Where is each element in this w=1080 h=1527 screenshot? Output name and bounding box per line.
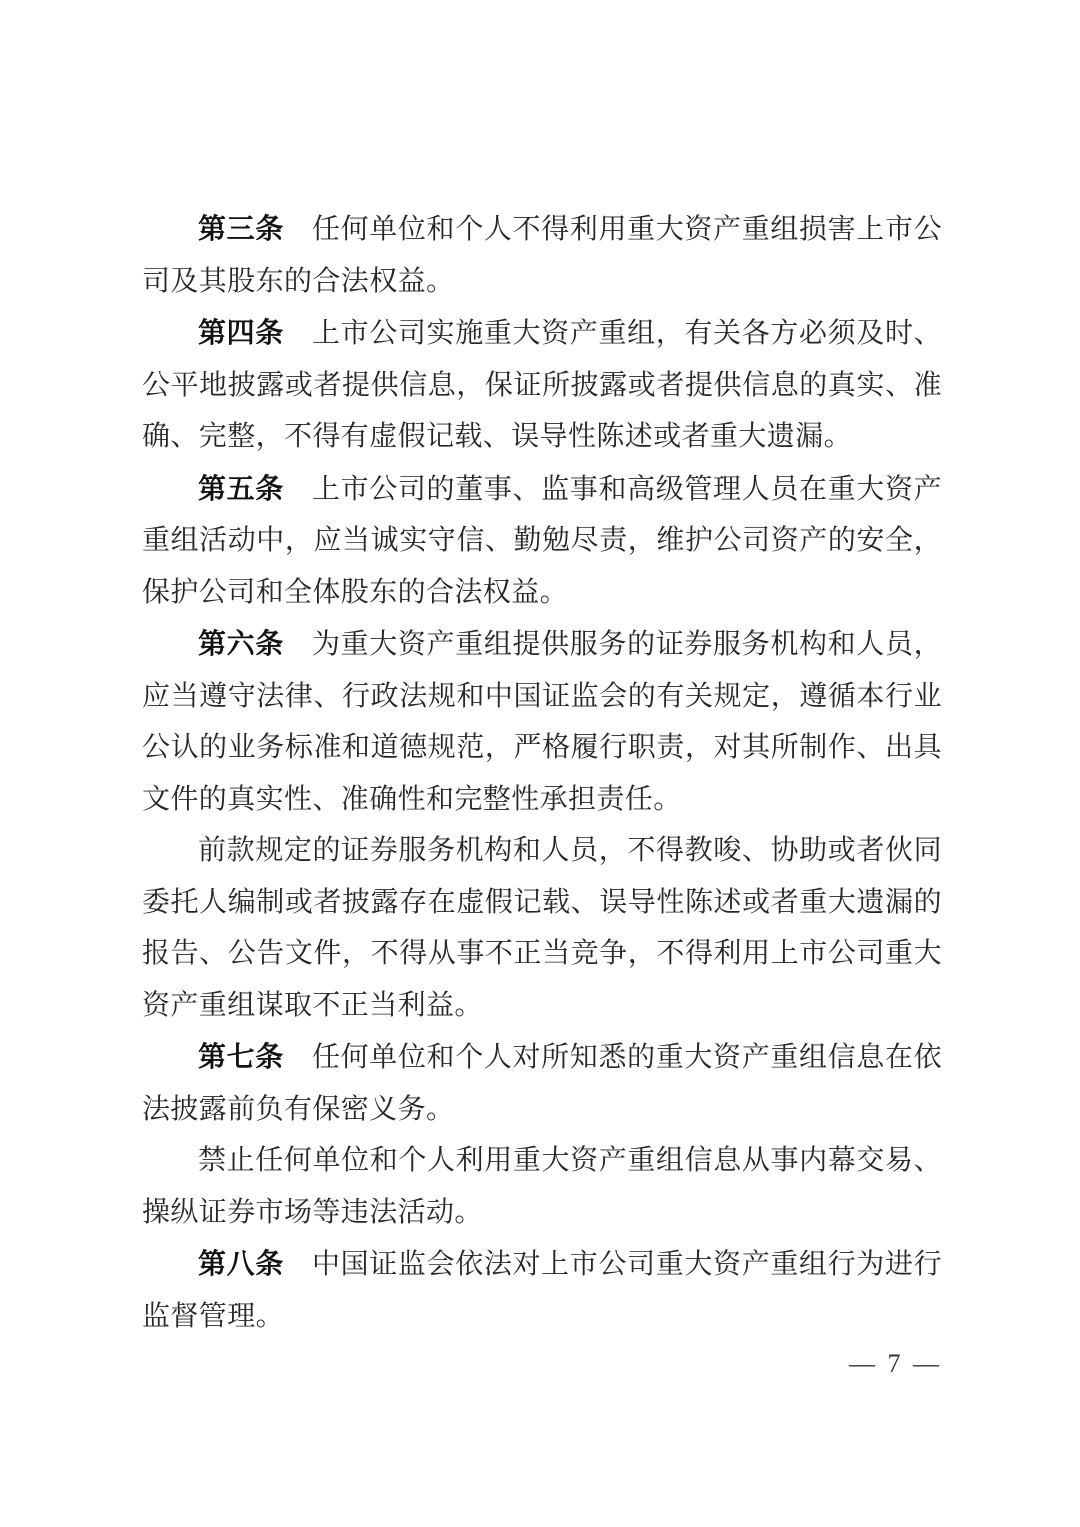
article-paragraph: 第三条任何单位和个人不得利用重大资产重组损害上市公司及其股东的合法权益。 <box>142 203 942 307</box>
article-paragraph: 第七条任何单位和个人对所知悉的重大资产重组信息在依法披露前负有保密义务。 <box>142 1031 942 1135</box>
article-text: 前款规定的证券服务机构和人员，不得教唆、协助或者伙同委托人编制或者披露存在虚假记… <box>142 835 942 1021</box>
article-number: 第八条 <box>198 1248 284 1279</box>
article-number: 第七条 <box>198 1041 284 1072</box>
article-number: 第四条 <box>198 317 284 348</box>
article-paragraph: 前款规定的证券服务机构和人员，不得教唆、协助或者伙同委托人编制或者披露存在虚假记… <box>142 825 942 1031</box>
article-paragraph: 第四条上市公司实施重大资产重组，有关各方必须及时、公平地披露或者提供信息，保证所… <box>142 307 942 463</box>
document-body: 第三条任何单位和个人不得利用重大资产重组损害上市公司及其股东的合法权益。 第四条… <box>142 203 942 1342</box>
document-page: 第三条任何单位和个人不得利用重大资产重组损害上市公司及其股东的合法权益。 第四条… <box>0 0 1080 1527</box>
page-number: — 7 — <box>849 1349 942 1379</box>
article-paragraph: 禁止任何单位和个人利用重大资产重组信息从事内幕交易、操纵证券市场等违法活动。 <box>142 1135 942 1238</box>
article-paragraph: 第八条中国证监会依法对上市公司重大资产重组行为进行监督管理。 <box>142 1238 942 1342</box>
article-number: 第五条 <box>198 473 284 504</box>
article-text: 禁止任何单位和个人利用重大资产重组信息从事内幕交易、操纵证券市场等违法活动。 <box>142 1145 942 1228</box>
article-paragraph: 第五条上市公司的董事、监事和高级管理人员在重大资产重组活动中，应当诚实守信、勤勉… <box>142 463 942 619</box>
article-paragraph: 第六条为重大资产重组提供服务的证券服务机构和人员，应当遵守法律、行政法规和中国证… <box>142 618 942 825</box>
article-number: 第六条 <box>198 628 284 659</box>
article-number: 第三条 <box>198 213 284 244</box>
